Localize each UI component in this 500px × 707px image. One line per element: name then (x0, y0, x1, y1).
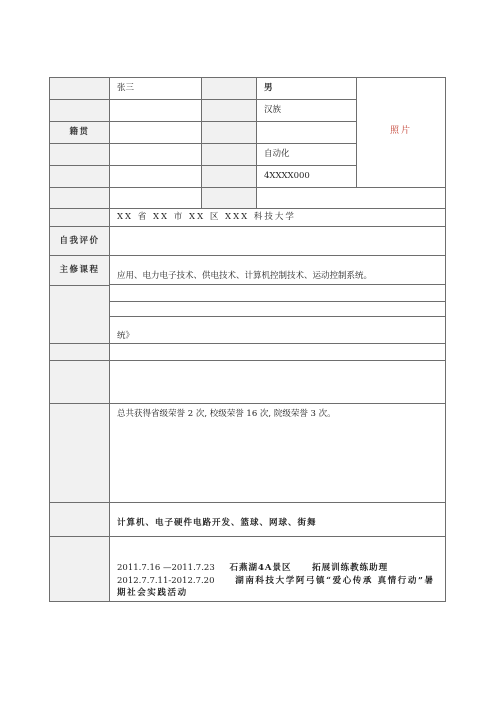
skills-cell-1 (109, 284, 446, 302)
ethnicity-value: 汉族 (264, 105, 281, 116)
major-cell: 自动化 (256, 143, 357, 166)
label-gender (201, 77, 257, 100)
native-place-cell (109, 121, 202, 144)
courses-value: 应用、电力电子技术、供电技术、计算机控制技术、运动控制系统。 (117, 271, 372, 282)
practice-2-date: 2012.7.7.11-2012.7.20 (117, 576, 215, 586)
practice-1-place: 石燕湖4A景区 (229, 563, 291, 573)
label-native-place: 籍贯 (49, 121, 110, 144)
hobbies-cell: 计算机、电子硬件电路开发、篮球、网球、街舞 (109, 502, 446, 537)
label-ethnicity (201, 99, 257, 122)
practice-item-2: 2012.7.7.11-2012.7.20 湖南科技大学阿弓镇“爱心传承 真情行… (117, 576, 439, 599)
email-cell (109, 187, 202, 209)
resume-table: 张三 男 照片 汉族 籍贯 自动化 4XXXX000 XX 省 XX 市 XX … (49, 77, 446, 602)
practice-1-role: 拓展训练教练助理 (312, 563, 388, 573)
phone-cell: 4XXXX000 (256, 165, 357, 188)
label-address (49, 208, 110, 227)
native-place-label: 籍贯 (50, 127, 109, 138)
label-phone (201, 165, 257, 188)
courses-label: 主修课程 (50, 265, 109, 276)
label-name (49, 77, 110, 100)
practice-item-1: 2011.7.16 —2011.7.23 石燕湖4A景区 拓展训练教练助理 (117, 563, 388, 574)
label-practice (49, 536, 110, 602)
label-qq (201, 187, 257, 209)
skills-cell-3: 统》 (109, 316, 446, 344)
major-value: 自动化 (264, 149, 290, 160)
photo-cell: 照片 (356, 77, 446, 188)
birth-cell (109, 99, 202, 122)
politics-cell (256, 121, 357, 144)
ethnicity-cell: 汉族 (256, 99, 357, 122)
hobbies-value: 计算机、电子硬件电路开发、篮球、网球、街舞 (117, 518, 317, 529)
practice-cell: 2011.7.16 —2011.7.23 石燕湖4A景区 拓展训练教练助理 20… (109, 536, 446, 602)
honors-value: 总共获得省级荣誉 2 次, 校级荣誉 16 次, 院级荣誉 3 次。 (117, 409, 336, 420)
skills-cell-2 (109, 301, 446, 317)
label-education (49, 143, 110, 166)
gender-cell: 男 (256, 77, 357, 100)
label-politics (201, 121, 257, 144)
address-cell: XX 省 XX 市 XX 区 XXX 科技大学 (109, 208, 446, 227)
name-value: 张三 (117, 83, 134, 94)
label-skills (49, 285, 110, 344)
label-health (49, 165, 110, 188)
health-cell (109, 165, 202, 188)
label-courses: 主修课程 (49, 255, 110, 286)
phone-value: 4XXXX000 (264, 171, 310, 182)
label-major (201, 143, 257, 166)
courses-cell: 应用、电力电子技术、供电技术、计算机控制技术、运动控制系统。 (109, 255, 446, 285)
label-hobbies (49, 502, 110, 537)
label-self-eval: 自我评价 (49, 226, 110, 256)
courses-extra: 统》 (117, 331, 134, 342)
qq-cell (256, 187, 446, 209)
label-birth (49, 99, 110, 122)
self-eval-cell (109, 226, 446, 256)
label-honors (49, 403, 110, 503)
practice-1-date: 2011.7.16 —2011.7.23 (117, 563, 215, 573)
self-eval-label: 自我评价 (50, 236, 109, 247)
label-email (49, 187, 110, 209)
gender-value: 男 (264, 83, 273, 94)
honors-cell: 总共获得省级荣誉 2 次, 校级荣誉 16 次, 院级荣誉 3 次。 (109, 403, 446, 503)
label-certificates (49, 343, 110, 361)
experience-cell (109, 360, 446, 404)
address-value: XX 省 XX 市 XX 区 XXX 科技大学 (117, 212, 296, 223)
education-cell (109, 143, 202, 166)
certificates-cell (109, 343, 446, 361)
name-cell: 张三 (109, 77, 202, 100)
label-experience (49, 360, 110, 404)
photo-placeholder: 照片 (357, 126, 445, 137)
